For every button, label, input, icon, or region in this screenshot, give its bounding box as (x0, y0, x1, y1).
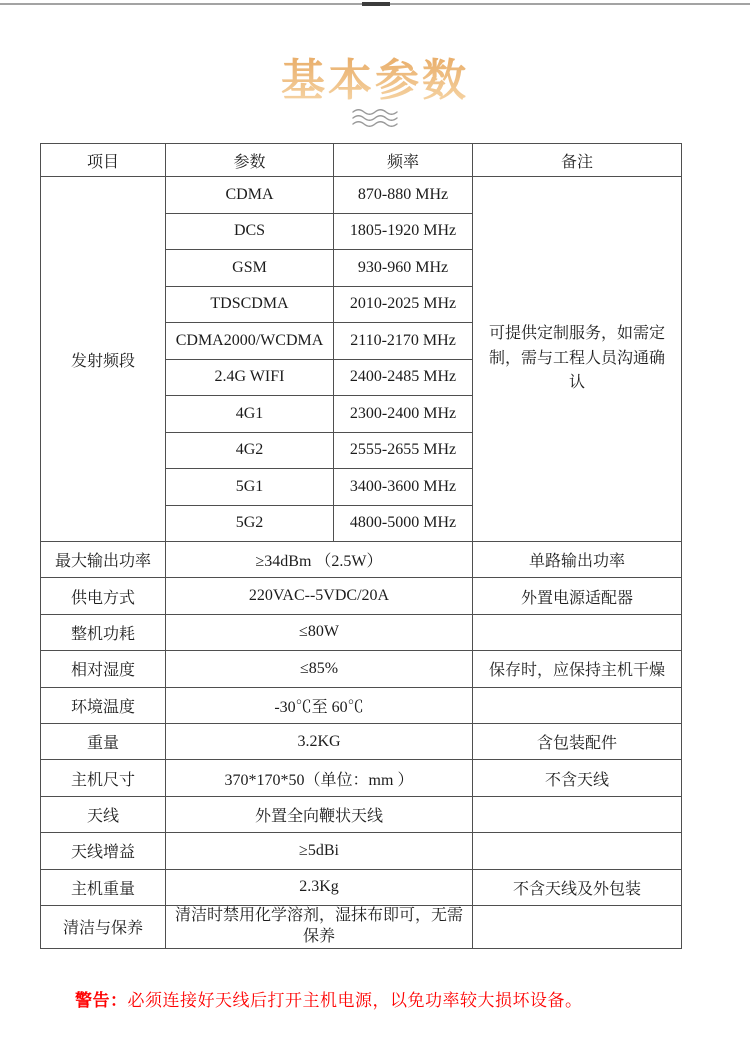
spec-remark-cell (473, 905, 682, 948)
spec-value-cell: ≤85% (166, 651, 473, 687)
band-name-cell: GSM (166, 250, 334, 287)
band-freq-cell: 4800-5000 MHz (334, 505, 473, 542)
spec-remark-cell (473, 687, 682, 723)
spec-value-cell: ≥5dBi (166, 833, 473, 869)
spec-remark-cell (473, 833, 682, 869)
spec-remark-cell: 单路输出功率 (473, 542, 682, 578)
band-name-cell: CDMA (166, 177, 334, 214)
warning-text: 必须连接好天线后打开主机电源，以免功率较大损坏设备。 (128, 991, 583, 1010)
band-name-cell: 4G1 (166, 396, 334, 433)
table-row: 相对湿度 ≤85% 保存时，应保持主机干燥 (41, 651, 682, 687)
band-freq-cell: 2400-2485 MHz (334, 359, 473, 396)
spec-item-cell: 供电方式 (41, 578, 166, 614)
header-parameter: 参数 (166, 144, 334, 177)
spec-remark-cell: 不含天线及外包装 (473, 869, 682, 905)
band-name-cell: CDMA2000/WCDMA (166, 323, 334, 360)
table-row: 天线 外置全向鞭状天线 (41, 796, 682, 832)
header-frequency: 频率 (334, 144, 473, 177)
spec-table: 项目 参数 频率 备注 发射频段 CDMA 870-880 MHz 可提供定制服… (40, 143, 682, 949)
table-row: 环境温度 -30℃至 60℃ (41, 687, 682, 723)
band-freq-cell: 2010-2025 MHz (334, 286, 473, 323)
warning-note: 警告：必须连接好天线后打开主机电源，以免功率较大损坏设备。 (75, 986, 583, 1011)
band-freq-cell: 2300-2400 MHz (334, 396, 473, 433)
table-row: 天线增益 ≥5dBi (41, 833, 682, 869)
band-freq-cell: 1805-1920 MHz (334, 213, 473, 250)
spec-item-cell: 天线增益 (41, 833, 166, 869)
spec-value-cell: -30℃至 60℃ (166, 687, 473, 723)
spec-value-cell: 220VAC--5VDC/20A (166, 578, 473, 614)
triple-wave-icon (352, 107, 398, 131)
table-row: 主机尺寸 370*170*50（单位：mm ） 不含天线 (41, 760, 682, 796)
band-section-label: 发射频段 (41, 177, 166, 542)
band-freq-cell: 930-960 MHz (334, 250, 473, 287)
header-item: 项目 (41, 144, 166, 177)
spec-remark-cell (473, 614, 682, 650)
spec-item-cell: 整机功耗 (41, 614, 166, 650)
spec-item-cell: 天线 (41, 796, 166, 832)
spec-remark-cell: 保存时，应保持主机干燥 (473, 651, 682, 687)
band-name-cell: 4G2 (166, 432, 334, 469)
spec-value-cell: 清洁时禁用化学溶剂，湿抹布即可，无需保养 (166, 905, 473, 948)
spec-value-cell: ≤80W (166, 614, 473, 650)
spec-value-cell: 370*170*50（单位：mm ） (166, 760, 473, 796)
table-row: 最大输出功率 ≥34dBm （2.5W） 单路输出功率 (41, 542, 682, 578)
spec-remark-cell: 含包装配件 (473, 723, 682, 759)
spec-item-cell: 主机重量 (41, 869, 166, 905)
table-row: 整机功耗 ≤80W (41, 614, 682, 650)
band-name-cell: DCS (166, 213, 334, 250)
band-name-cell: 2.4G WIFI (166, 359, 334, 396)
spec-value-cell: 外置全向鞭状天线 (166, 796, 473, 832)
spec-value-cell: 3.2KG (166, 723, 473, 759)
table-header-row: 项目 参数 频率 备注 (41, 144, 682, 177)
spec-item-cell: 环境温度 (41, 687, 166, 723)
spec-remark-cell: 不含天线 (473, 760, 682, 796)
spec-item-cell: 清洁与保养 (41, 905, 166, 948)
spec-item-cell: 相对湿度 (41, 651, 166, 687)
header-remark: 备注 (473, 144, 682, 177)
band-freq-cell: 3400-3600 MHz (334, 469, 473, 506)
table-row: 发射频段 CDMA 870-880 MHz 可提供定制服务，如需定制，需与工程人… (41, 177, 682, 214)
top-divider-rule (0, 3, 750, 5)
spec-remark-cell: 外置电源适配器 (473, 578, 682, 614)
table-row: 清洁与保养 清洁时禁用化学溶剂，湿抹布即可，无需保养 (41, 905, 682, 948)
band-freq-cell: 2555-2655 MHz (334, 432, 473, 469)
band-name-cell: TDSCDMA (166, 286, 334, 323)
band-section-remark: 可提供定制服务，如需定制，需与工程人员沟通确认 (473, 177, 682, 542)
spec-value-cell: 2.3Kg (166, 869, 473, 905)
top-divider-scrollbar-segment (362, 2, 390, 6)
spec-value-cell: ≥34dBm （2.5W） (166, 542, 473, 578)
band-name-cell: 5G2 (166, 505, 334, 542)
spec-item-cell: 重量 (41, 723, 166, 759)
band-name-cell: 5G1 (166, 469, 334, 506)
warning-label: 警告： (75, 991, 128, 1010)
table-row: 主机重量 2.3Kg 不含天线及外包装 (41, 869, 682, 905)
table-row: 重量 3.2KG 含包装配件 (41, 723, 682, 759)
table-row: 供电方式 220VAC--5VDC/20A 外置电源适配器 (41, 578, 682, 614)
band-freq-cell: 2110-2170 MHz (334, 323, 473, 360)
spec-item-cell: 最大输出功率 (41, 542, 166, 578)
band-freq-cell: 870-880 MHz (334, 177, 473, 214)
page-title: 基本参数 (0, 44, 750, 108)
spec-item-cell: 主机尺寸 (41, 760, 166, 796)
spec-remark-cell (473, 796, 682, 832)
